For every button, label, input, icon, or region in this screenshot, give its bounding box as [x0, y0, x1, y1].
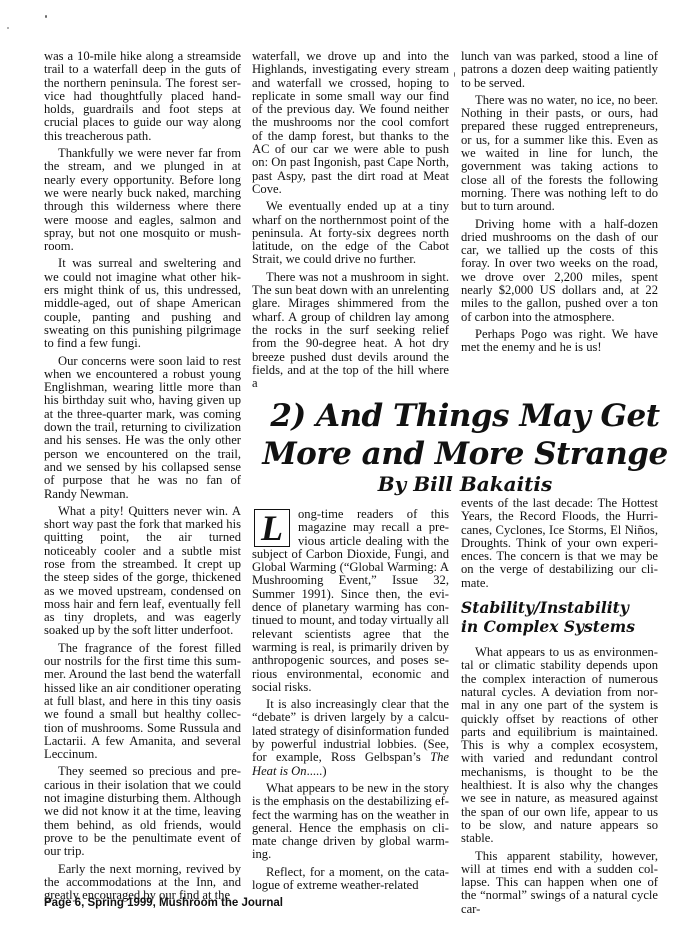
- paragraph: The fragrance of the forest filled our n…: [44, 642, 241, 762]
- paragraph-text: .....): [307, 764, 327, 778]
- paragraph: What a pity! Quitters never win. A short…: [44, 505, 241, 638]
- paragraph: Reflect, for a moment, on the cata­logue…: [252, 866, 449, 893]
- paragraph: Thankfully we were never far from the st…: [44, 147, 241, 253]
- article2-byline: By Bill Bakaitis: [250, 472, 680, 496]
- paragraph-text: It is also increasingly clear that the “…: [252, 697, 449, 764]
- paragraph: Long-time readers of this magazine may r…: [252, 508, 449, 694]
- article1-column-1: was a 10-mile hike along a streamside tr…: [44, 50, 241, 906]
- paragraph: What appears to us as environmen­tal or …: [461, 646, 658, 845]
- paragraph: They seemed so precious and pre­carious …: [44, 765, 241, 858]
- subheading-line-1: Stability/Instability: [461, 598, 658, 617]
- paragraph: was a 10-mile hike along a streamside tr…: [44, 50, 241, 143]
- paragraph: lunch van was parked, stood a line of pa…: [461, 50, 658, 90]
- subheading-line-2: in Complex Systems: [461, 617, 658, 636]
- article1-column-2: waterfall, we drove up and into the High…: [252, 50, 449, 394]
- paragraph: Driving home with a half-dozen dried mus…: [461, 218, 658, 324]
- section-subheading: Stability/Instability in Complex Systems: [461, 598, 658, 636]
- article2-column-2: events of the last decade: The Hottest Y…: [461, 497, 658, 920]
- paragraph: Our concerns were soon laid to rest when…: [44, 355, 241, 501]
- paragraph: waterfall, we drove up and into the High…: [252, 50, 449, 196]
- paragraph: It is also increasingly clear that the “…: [252, 698, 449, 778]
- scan-speck: [454, 72, 455, 77]
- paragraph: This apparent stability, however, will a…: [461, 850, 658, 916]
- scan-speck: [45, 15, 47, 18]
- article1-column-3: lunch van was parked, stood a line of pa…: [461, 50, 658, 359]
- paragraph: There was no water, no ice, no beer. Not…: [461, 94, 658, 214]
- title-line-1: 2) And Things May Get: [250, 397, 680, 435]
- paragraph: We eventually ended up at a tiny wharf o…: [252, 200, 449, 266]
- paragraph: events of the last decade: The Hottest Y…: [461, 497, 658, 590]
- article2-title: 2) And Things May Get More and More Stra…: [250, 397, 680, 473]
- article2-column-1: Long-time readers of this magazine may r…: [252, 508, 449, 896]
- title-line-2: More and More Strange: [250, 435, 680, 473]
- drop-cap: L: [254, 509, 290, 547]
- scan-speck: [7, 27, 9, 29]
- paragraph: It was surreal and sweltering and we cou…: [44, 257, 241, 350]
- page-footer: Page 6, Spring 1999, Mushroom the Journa…: [44, 897, 283, 909]
- paragraph: Perhaps Pogo was right. We have met the …: [461, 328, 658, 355]
- paragraph: What appears to be new in the story is t…: [252, 782, 449, 862]
- paragraph: There was not a mushroom in sight. The s…: [252, 271, 449, 391]
